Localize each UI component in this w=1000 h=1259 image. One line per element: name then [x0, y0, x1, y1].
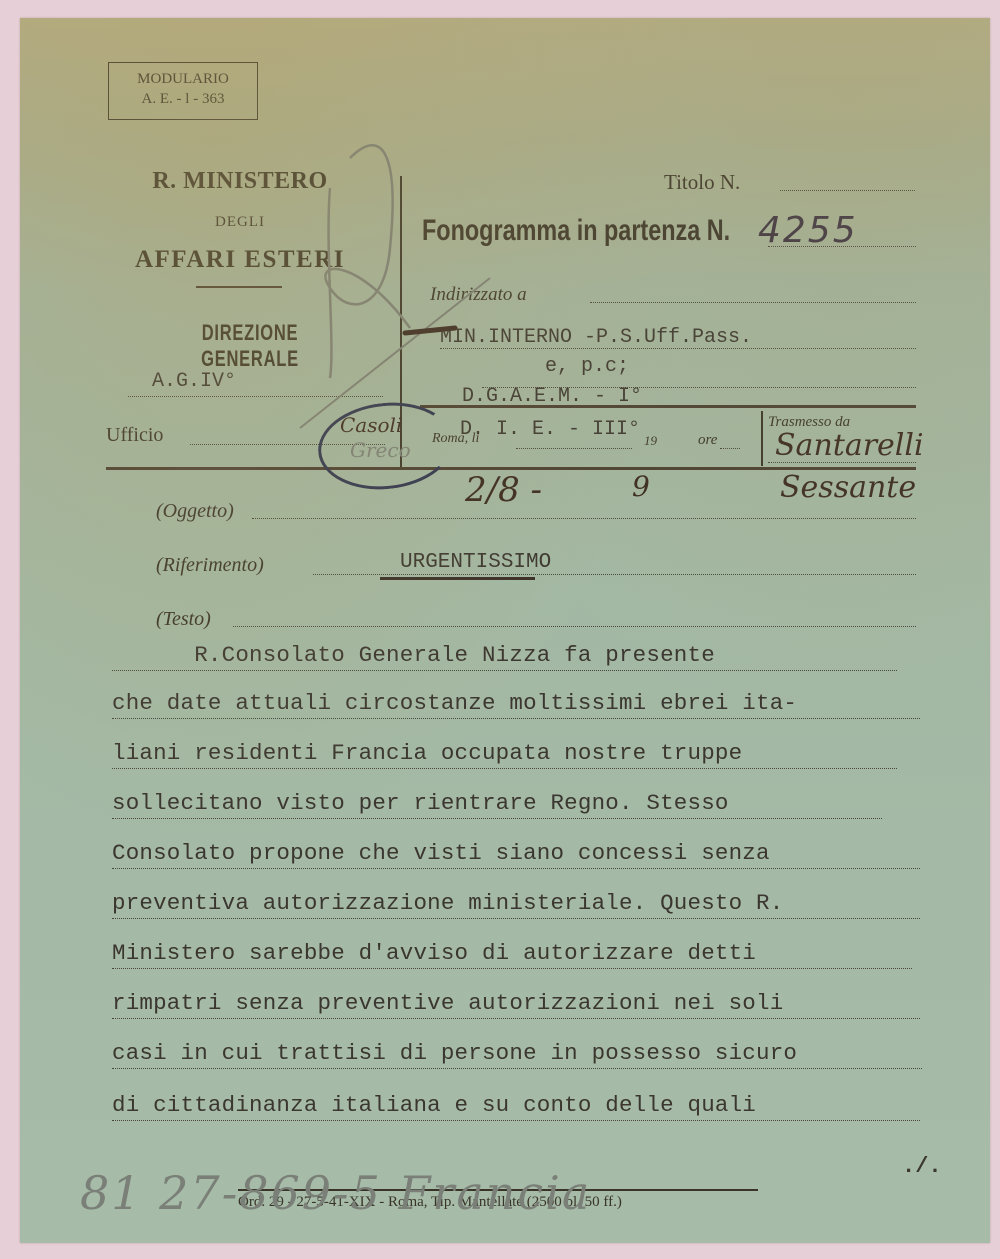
body-dotted-line: [112, 670, 897, 671]
body-line-7: Ministero sarebbe d'avviso di autorizzar…: [112, 940, 756, 966]
body-dotted-line: [112, 1120, 920, 1121]
oggetto-label: (Oggetto): [156, 500, 234, 523]
year-label: 19: [644, 433, 657, 449]
ufficio-label: Ufficio: [106, 424, 163, 447]
oggetto-dotted-line: [252, 518, 916, 519]
body-dotted-line: [112, 768, 897, 769]
handwritten-date: 2/8 -: [465, 470, 542, 510]
continuation-mark: ./.: [902, 1154, 942, 1179]
modulario-stamp: MODULARIO A. E. - l - 363: [108, 62, 258, 120]
modulario-line2: A. E. - l - 363: [109, 89, 257, 109]
fonogramma-dotted-line: [768, 246, 916, 247]
body-line-1: R.Consolato Generale Nizza fa presente: [112, 642, 715, 668]
testo-dotted-line: [233, 626, 916, 627]
body-line-9: casi in cui trattisi di persone in posse…: [112, 1040, 797, 1066]
testo-label: (Testo): [156, 608, 211, 631]
body-line-5: Consolato propone che visti siano conces…: [112, 840, 770, 866]
roma-dotted-line: [516, 448, 632, 449]
riferimento-dotted-line: [313, 574, 916, 575]
recipient-dotted-line-1: [440, 348, 916, 349]
body-line-3: liani residenti Francia occupata nostre …: [112, 740, 742, 766]
body-dotted-line: [112, 718, 920, 719]
body-dotted-line: [112, 868, 920, 869]
body-dotted-line: [112, 968, 912, 969]
body-line-2: che date attuali circostanze moltissimi …: [112, 690, 797, 716]
body-dotted-line: [112, 1018, 920, 1019]
handwritten-time: 9: [632, 470, 650, 503]
indirizzato-dotted-line: [590, 302, 916, 303]
direzione-value: A.G.IV°: [152, 370, 236, 393]
titolo-label: Titolo N.: [664, 170, 740, 195]
ore-label: ore: [698, 432, 717, 449]
document-sheet: MODULARIO A. E. - l - 363 R. MINISTERO D…: [20, 18, 990, 1243]
modulario-line1: MODULARIO: [109, 69, 257, 89]
body-line-8: rimpatri senza preventive autorizzazioni…: [112, 990, 783, 1016]
body-dotted-line: [112, 1068, 922, 1069]
body-line-10: di cittadinanza italiana e su conto dell…: [112, 1092, 756, 1118]
trasmesso-divider: [761, 411, 763, 466]
titolo-dotted-line: [780, 190, 915, 191]
pencil-scribble-icon: [290, 128, 510, 438]
body-line-6: preventiva autorizzazione ministeriale. …: [112, 890, 783, 916]
handwritten-archive-number: 81 27-869-5 Francia: [80, 1166, 591, 1220]
body-dotted-line: [112, 818, 882, 819]
riferimento-value: URGENTISSIMO: [400, 551, 551, 574]
body-dotted-line: [112, 918, 920, 919]
riferimento-label: (Riferimento): [156, 554, 264, 577]
handwritten-trasmesso-signature: Santarelli: [775, 428, 924, 463]
handwritten-greco: Greco: [350, 438, 411, 462]
ministry-divider: [196, 286, 282, 288]
recipient-line-2: e, p.c;: [545, 355, 629, 378]
urgent-underline: [380, 577, 535, 580]
body-line-4: sollecitano visto per rientrare Regno. S…: [112, 790, 729, 816]
handwritten-received-signature: Sessante: [780, 470, 916, 505]
fonogramma-number: 4255: [758, 210, 858, 251]
ore-dotted-line: [720, 448, 740, 449]
